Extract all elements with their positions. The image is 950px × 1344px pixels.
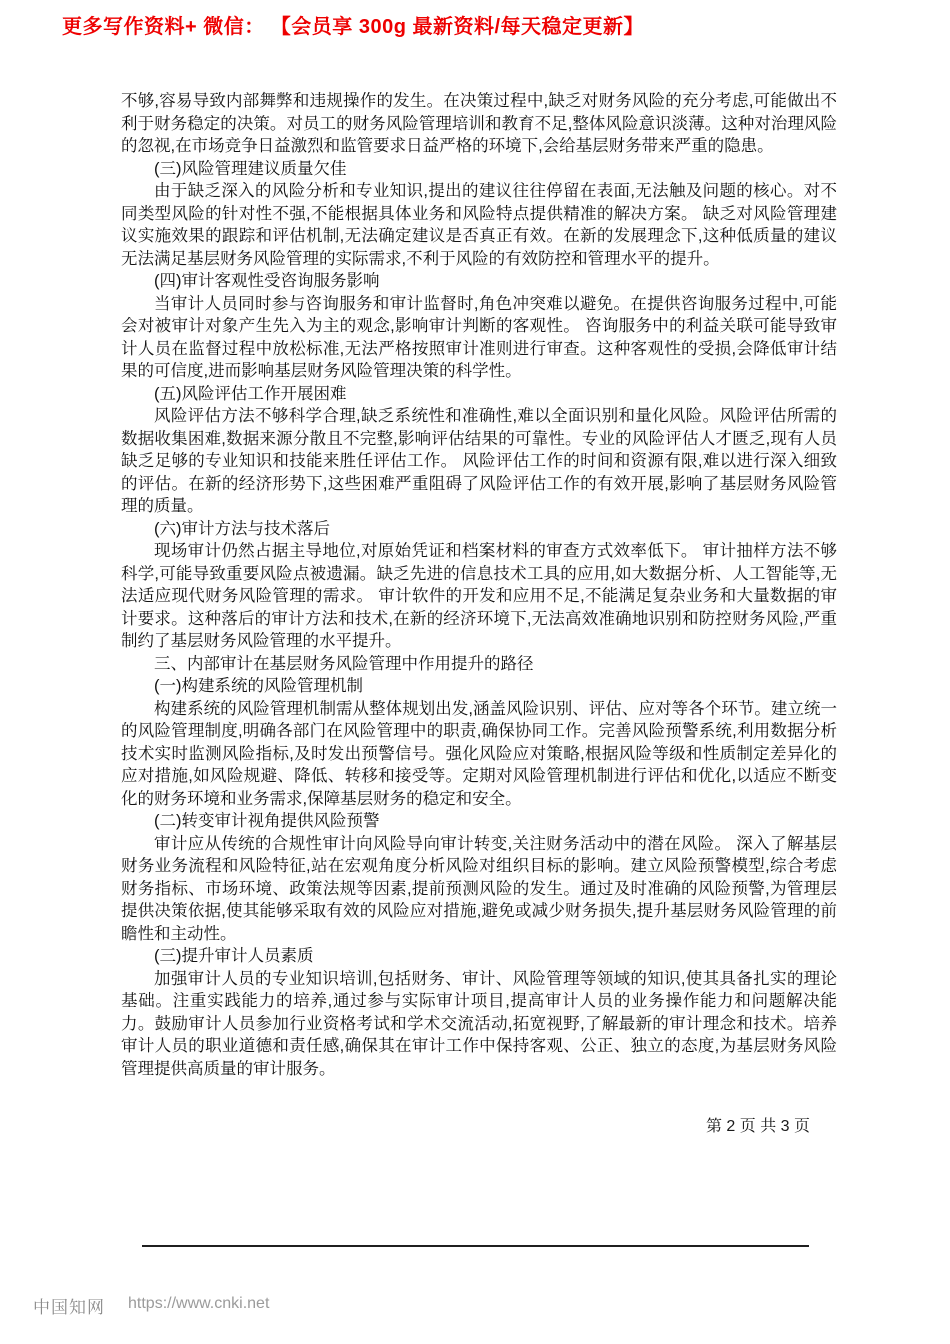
section-heading: (二)转变审计视角提供风险预警: [121, 810, 837, 833]
document-page: 更多写作资料+ 微信： 【会员享 300g 最新资料/每天稳定更新】 不够,容易…: [0, 0, 950, 1344]
body-paragraph: 加强审计人员的专业知识培训,包括财务、审计、风险管理等领域的知识,使其具备扎实的…: [121, 968, 837, 1081]
body-paragraph: 现场审计仍然占据主导地位,对原始凭证和档案材料的审查方式效率低下。 审计抽样方法…: [121, 540, 837, 653]
section-heading: (四)审计客观性受咨询服务影响: [121, 270, 837, 293]
section-heading: (六)审计方法与技术落后: [121, 518, 837, 541]
body-paragraph: 由于缺乏深入的风险分析和专业知识,提出的建议往往停留在表面,无法触及问题的核心。…: [121, 180, 837, 270]
body-paragraph: 风险评估方法不够科学合理,缺乏系统性和准确性,难以全面识别和量化风险。风险评估所…: [121, 405, 837, 518]
cnki-site-url: https://www.cnki.net: [128, 1295, 269, 1313]
section-heading: (三)风险管理建议质量欠佳: [121, 158, 837, 181]
section-heading: (一)构建系统的风险管理机制: [121, 675, 837, 698]
section-heading: (五)风险评估工作开展困难: [121, 383, 837, 406]
promo-header-text: 更多写作资料+ 微信： 【会员享 300g 最新资料/每天稳定更新】: [62, 10, 644, 39]
page-number: 第 2 页 共 3 页: [121, 1113, 810, 1136]
section-heading: 三、内部审计在基层财务风险管理中作用提升的路径: [121, 653, 837, 676]
section-heading: (三)提升审计人员素质: [121, 945, 837, 968]
body-paragraph: 审计应从传统的合规性审计向风险导向审计转变,关注财务活动中的潜在风险。 深入了解…: [121, 833, 837, 946]
document-body: 不够,容易导致内部舞弊和违规操作的发生。在决策过程中,缺乏对财务风险的充分考虑,…: [121, 90, 837, 1080]
body-paragraph: 不够,容易导致内部舞弊和违规操作的发生。在决策过程中,缺乏对财务风险的充分考虑,…: [121, 90, 837, 158]
body-paragraph: 当审计人员同时参与咨询服务和审计监督时,角色冲突难以避免。在提供咨询服务过程中,…: [121, 293, 837, 383]
footer-divider: [142, 1245, 809, 1247]
body-paragraph: 构建系统的风险管理机制需从整体规划出发,涵盖风险识别、评估、应对等各个环节。建立…: [121, 698, 837, 811]
cnki-site-name: 中国知网: [33, 1293, 105, 1318]
